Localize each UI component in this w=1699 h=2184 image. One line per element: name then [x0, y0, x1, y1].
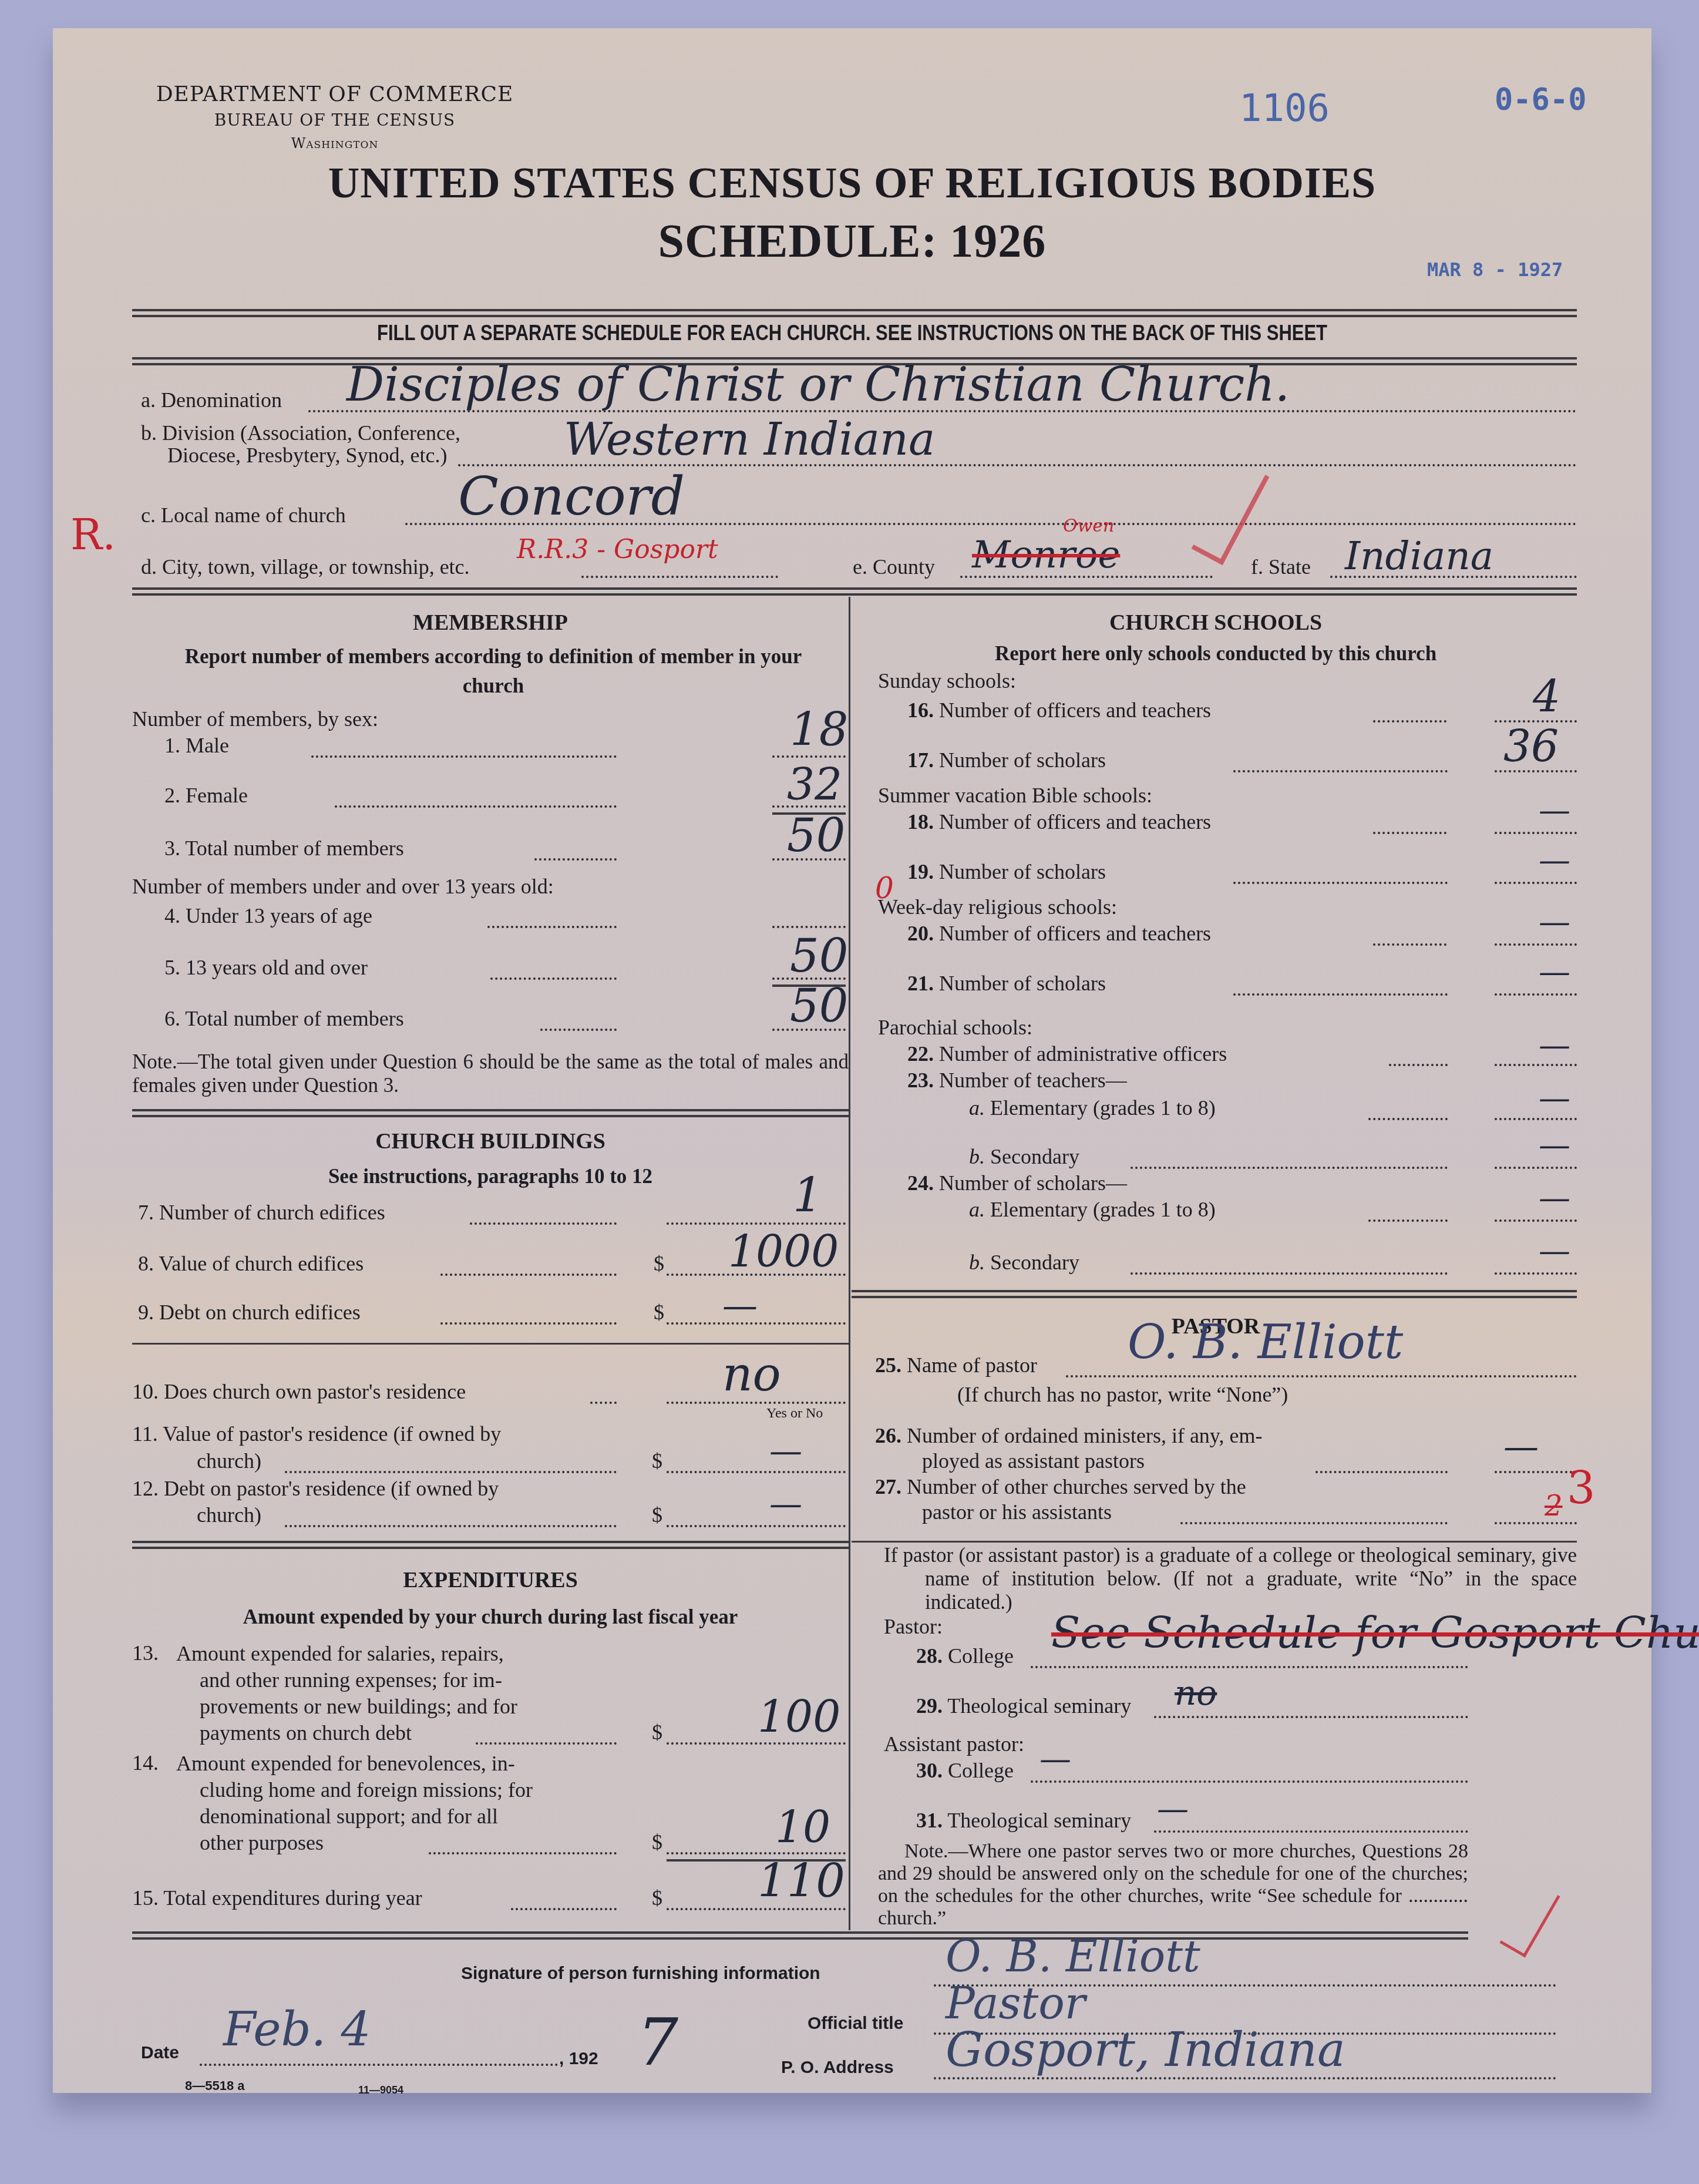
- q10-line: [667, 1402, 846, 1404]
- other-churches-field[interactable]: 3: [1567, 1461, 1595, 1514]
- expenditures-subtitle: Amount expended by your church during la…: [132, 1605, 849, 1629]
- female-count-field[interactable]: 32: [787, 760, 842, 810]
- q24b-label: b. Secondary: [969, 1250, 1079, 1275]
- q13-line: [667, 1742, 846, 1745]
- q17-label: 17. Number of scholars: [907, 748, 1106, 772]
- bureau-heading: BUREAU OF THE CENSUS: [123, 110, 546, 130]
- q8-label: 8. Value of church edifices $: [138, 1251, 364, 1276]
- department-heading: DEPARTMENT OF COMMERCE: [123, 82, 546, 106]
- q23a-leader: [1368, 1118, 1448, 1120]
- q30-label: 30. College: [916, 1758, 1014, 1783]
- assistant-pastors-field[interactable]: —: [1503, 1426, 1539, 1467]
- q11-label: 11. Value of pastor's residence (if owne…: [132, 1422, 501, 1446]
- state-label: f. State: [1251, 555, 1311, 579]
- over-13-field[interactable]: 50: [790, 930, 848, 983]
- q11-dollar: $: [652, 1449, 662, 1473]
- q12-label: 12. Debt on pastor's residence (if owned…: [132, 1476, 499, 1501]
- form-number: 8—5518 a: [185, 2078, 245, 2094]
- buildings-title: CHURCH BUILDINGS: [132, 1128, 849, 1154]
- q21-leader: [1233, 993, 1448, 996]
- buildings-mid-rule: [132, 1343, 849, 1345]
- sunday-teachers-field[interactable]: 4: [1533, 671, 1560, 722]
- parochial-schools-heading: Parochial schools:: [878, 1015, 1032, 1040]
- q21-label: 21. Number of scholars: [907, 971, 1106, 996]
- asst-college-field[interactable]: —: [1039, 1741, 1071, 1778]
- other-churches-struck: 2: [1545, 1490, 1563, 1523]
- census-schedule-sheet: DEPARTMENT OF COMMERCE BUREAU OF THE CEN…: [53, 28, 1651, 2093]
- q22-label: 22. Number of administrative officers: [907, 1041, 1227, 1066]
- buildings-rule: [132, 1541, 849, 1549]
- q22-line: [1495, 1064, 1577, 1066]
- stamp-code: 0-6-0: [1495, 82, 1587, 117]
- q22-leader: [1389, 1064, 1448, 1066]
- q29-label: 29. Theological seminary: [916, 1694, 1131, 1718]
- q23a-line: [1495, 1118, 1577, 1120]
- county-field[interactable]: Monroe: [972, 533, 1120, 577]
- q10-label: 10. Does church own pastor's residence: [132, 1379, 466, 1404]
- q18-leader: [1373, 832, 1446, 834]
- q14-label: Amount expended for benevolences, in- cl…: [176, 1750, 581, 1856]
- po-address-label: P. O. Address: [781, 2058, 894, 2078]
- q15-line: [667, 1908, 846, 1910]
- q11-label-2: church): [197, 1449, 261, 1473]
- city-label: d. City, town, village, or township, etc…: [141, 555, 470, 579]
- date-label: Date: [141, 2043, 179, 2063]
- county-label: e. County: [853, 555, 935, 579]
- city-line: [581, 576, 778, 578]
- q17-leader: [1233, 770, 1448, 772]
- q23b-line: [1495, 1167, 1577, 1169]
- q24a-label: a. Elementary (grades 1 to 8): [969, 1197, 1216, 1222]
- q24a-line: [1495, 1219, 1577, 1222]
- q9-label: 9. Debt on church edifices $: [138, 1300, 361, 1325]
- expenditures-title: EXPENDITURES: [132, 1567, 849, 1593]
- q11-leader: [285, 1471, 617, 1473]
- division-label-1: b. Division (Association, Conference,: [141, 421, 460, 445]
- q8-leader: [440, 1274, 617, 1276]
- membership-rule: [132, 1109, 849, 1117]
- q7-leader: [470, 1222, 617, 1225]
- q21-line: [1495, 993, 1577, 996]
- q12-dollar: $: [652, 1503, 662, 1527]
- pastor-subheading: Pastor:: [884, 1614, 943, 1639]
- q5-leader: [490, 977, 617, 980]
- q16-leader: [1373, 720, 1446, 723]
- owns-residence-field[interactable]: no: [722, 1347, 781, 1402]
- q12-label-2: church): [197, 1503, 261, 1527]
- edifice-value-field[interactable]: 1000: [728, 1227, 839, 1277]
- benevolences-field[interactable]: 10: [775, 1802, 830, 1853]
- q18-line: [1495, 832, 1577, 834]
- edifice-debt-field[interactable]: —: [722, 1285, 758, 1326]
- pastor-mid-rule: [852, 1541, 1577, 1543]
- q3-leader: [534, 858, 617, 861]
- city-heading: Washington: [123, 135, 546, 152]
- q4-label: 4. Under 13 years of age: [164, 903, 372, 928]
- q1-label: 1. Male: [164, 733, 229, 758]
- by-sex-heading: Number of members, by sex:: [132, 707, 378, 731]
- year-prefix: , 192: [559, 2049, 598, 2069]
- yes-or-no-hint: Yes or No: [766, 1406, 823, 1422]
- residence-debt-field[interactable]: —: [769, 1485, 802, 1523]
- denomination-field[interactable]: Disciples of Christ or Christian Church.: [346, 357, 1290, 412]
- total-members-2-field[interactable]: 50: [790, 980, 848, 1033]
- form-title: UNITED STATES CENSUS OF RELIGIOUS BODIES: [53, 159, 1651, 209]
- q24-label: 24. Number of scholars—: [907, 1171, 1127, 1195]
- county-correction: Owen: [1063, 516, 1114, 536]
- pastor-note: Note.—Where one pastor serves two or mor…: [878, 1840, 1468, 1930]
- schedule-year: SCHEDULE: 1926: [53, 215, 1651, 268]
- vacation-scholars-field[interactable]: —: [1539, 842, 1570, 879]
- q19-line: [1495, 882, 1577, 884]
- q25-line: [1066, 1375, 1577, 1377]
- by-age-heading: Number of members under and over 13 year…: [132, 874, 554, 899]
- residence-value-field[interactable]: —: [769, 1432, 802, 1470]
- schools-title: CHURCH SCHOOLS: [854, 610, 1577, 636]
- stamp-number: 1106: [1239, 87, 1330, 130]
- weekday-teachers-field[interactable]: —: [1539, 903, 1570, 940]
- q12-line: [667, 1525, 846, 1527]
- signature-label: Signature of person furnishing informati…: [461, 1964, 820, 1984]
- q15-label: 15. Total expenditures during year: [132, 1886, 422, 1910]
- asst-seminary-field[interactable]: —: [1157, 1790, 1189, 1827]
- q19-leader: [1233, 882, 1448, 884]
- q14-num: 14.: [132, 1750, 159, 1775]
- q6-leader: [540, 1029, 617, 1031]
- assistant-subheading: Assistant pastor:: [884, 1732, 1024, 1756]
- denomination-label: a. Denomination: [141, 388, 282, 412]
- sunday-scholars-field[interactable]: 36: [1503, 721, 1559, 772]
- identification-rule: [132, 587, 1577, 596]
- margin-r-mark: R.: [70, 510, 116, 559]
- q12-leader: [285, 1525, 617, 1527]
- city-field[interactable]: R.R.3 - Gosport: [517, 535, 718, 565]
- q14-dollar: $: [652, 1830, 662, 1854]
- total-expenditures-field[interactable]: 110: [758, 1855, 845, 1908]
- pastor-seminary-field[interactable]: no: [1175, 1673, 1217, 1713]
- q26-label: 26. Number of ordained ministers, if any…: [875, 1423, 1263, 1448]
- column-divider: [849, 597, 850, 1930]
- date-line: [200, 2064, 558, 2066]
- q4-line: [772, 926, 846, 928]
- q24b-line: [1495, 1272, 1577, 1275]
- po-address-field[interactable]: Gosport, Indiana: [946, 2022, 1345, 2077]
- q13-label: Amount expended for salaries, repairs, a…: [176, 1641, 581, 1746]
- q20-label: 20. Number of officers and teachers: [907, 921, 1211, 946]
- male-count-field[interactable]: 18: [790, 704, 848, 757]
- q3-label: 3. Total number of members: [164, 836, 404, 861]
- operating-expenses-field[interactable]: 100: [758, 1692, 840, 1742]
- q18-label: 18. Number of officers and teachers: [907, 809, 1211, 834]
- total-members-field[interactable]: 50: [787, 809, 845, 862]
- pastor-name-field[interactable]: O. B. Elliott: [1128, 1315, 1403, 1369]
- q26-line: [1495, 1471, 1577, 1473]
- parochial-elem-scholars-field[interactable]: —: [1539, 1180, 1570, 1217]
- division-field[interactable]: Western Indiana: [564, 413, 935, 465]
- q24a-leader: [1368, 1219, 1448, 1222]
- membership-title: MEMBERSHIP: [132, 610, 849, 636]
- buildings-subtitle: See instructions, paragraphs 10 to 12: [132, 1165, 849, 1188]
- state-field[interactable]: Indiana: [1345, 533, 1493, 579]
- q28-line: [1031, 1666, 1468, 1668]
- schools-subtitle: Report here only schools conducted by th…: [854, 642, 1577, 666]
- q15-leader: [511, 1908, 617, 1910]
- q11-line: [667, 1471, 846, 1473]
- schools-rule: [852, 1290, 1577, 1298]
- q20-line: [1495, 943, 1577, 946]
- parochial-sec-teachers-field[interactable]: —: [1539, 1127, 1570, 1164]
- parochial-sec-scholars-field[interactable]: —: [1539, 1232, 1570, 1269]
- vacation-teachers-field[interactable]: —: [1539, 792, 1570, 829]
- po-address-line: [934, 2077, 1556, 2079]
- q2-leader: [335, 805, 617, 808]
- header-rule: [132, 309, 1577, 317]
- vacation-schools-heading: Summer vacation Bible schools:: [878, 783, 1152, 808]
- instruction-banner: FILL OUT A SEPARATE SCHEDULE FOR EACH CH…: [165, 321, 1540, 345]
- q31-line: [1154, 1830, 1468, 1833]
- q13-leader: [476, 1742, 617, 1745]
- pastor-college-field[interactable]: See Schedule for Gosport Church: [1051, 1608, 1699, 1658]
- edifice-count-field[interactable]: 1: [793, 1168, 823, 1222]
- q27-leader: [1180, 1522, 1448, 1524]
- q29-line: [1154, 1716, 1468, 1718]
- q31-label: 31. Theological seminary: [916, 1808, 1131, 1833]
- q27-line: [1495, 1522, 1577, 1524]
- parochial-elem-teachers-field[interactable]: —: [1539, 1080, 1570, 1117]
- official-title-label: Official title: [808, 2014, 903, 2034]
- membership-subtitle: Report number of members according to de…: [170, 642, 816, 701]
- q26-label-2: ployed as assistant pastors: [922, 1449, 1145, 1473]
- local-name-label: c. Local name of church: [141, 503, 346, 527]
- q23-label: 23. Number of teachers—: [907, 1068, 1127, 1093]
- footer-rule: [132, 1931, 1468, 1940]
- no-pastor-hint: (If church has no pastor, write “None”): [957, 1382, 1288, 1407]
- q15-dollar: $: [652, 1886, 662, 1910]
- print-code: 11—9054: [358, 2084, 403, 2096]
- official-title-field[interactable]: Pastor: [946, 1978, 1085, 2029]
- q9-leader: [440, 1322, 617, 1325]
- q1-leader: [311, 755, 617, 758]
- date-field[interactable]: Feb. 4: [223, 2002, 371, 2057]
- weekday-schools-heading: Week-day religious schools:: [878, 895, 1117, 919]
- q23b-leader: [1131, 1167, 1448, 1169]
- signature-field[interactable]: O. B. Elliott: [946, 1931, 1200, 1982]
- q16-label: 16. Number of officers and teachers: [907, 698, 1211, 723]
- q30-line: [1031, 1780, 1468, 1783]
- q24b-leader: [1131, 1272, 1448, 1275]
- q13-dollar: $: [652, 1720, 662, 1745]
- red-check-mark-icon: [1192, 461, 1270, 565]
- q27-label: 27. Number of other churches served by t…: [875, 1474, 1246, 1499]
- q6-label: 6. Total number of members: [164, 1006, 404, 1031]
- q26-leader: [1316, 1471, 1448, 1473]
- q19-label: 19. Number of scholars: [907, 859, 1106, 884]
- q27-label-2: pastor or his assistants: [922, 1500, 1112, 1524]
- graduate-instruction: If pastor (or assistant pastor) is a gra…: [925, 1544, 1577, 1614]
- q10-leader: [590, 1402, 617, 1404]
- year-digit-field[interactable]: 7: [637, 2005, 678, 2080]
- q2-label: 2. Female: [164, 783, 248, 808]
- q25-label: 25. Name of pastor: [875, 1353, 1037, 1377]
- q5-label: 5. 13 years old and over: [164, 955, 368, 980]
- parochial-admin-field[interactable]: —: [1539, 1027, 1570, 1064]
- red-check-mark-icon: [1499, 1882, 1560, 1958]
- q4-leader: [487, 926, 617, 928]
- weekday-scholars-field[interactable]: —: [1539, 953, 1570, 990]
- q20-leader: [1373, 943, 1446, 946]
- q7-line: [667, 1222, 846, 1225]
- sunday-schools-heading: Sunday schools:: [878, 668, 1016, 693]
- q23b-label: b. Secondary: [969, 1144, 1079, 1169]
- q23a-label: a. Elementary (grades 1 to 8): [969, 1096, 1216, 1120]
- q7-label: 7. Number of church edifices: [138, 1200, 385, 1225]
- q14-leader: [429, 1852, 617, 1854]
- q13-num: 13.: [132, 1641, 159, 1665]
- membership-note: Note.—The total given under Question 6 s…: [132, 1050, 849, 1097]
- local-name-field[interactable]: Concord: [458, 466, 685, 527]
- q28-label: 28. College: [916, 1644, 1014, 1668]
- division-label-2: Diocese, Presbytery, Synod, etc.): [167, 443, 448, 468]
